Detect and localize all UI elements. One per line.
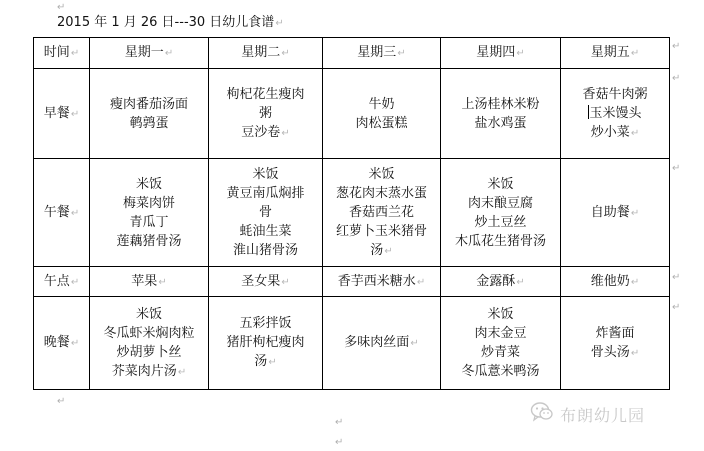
table-row-snack: 午点↵ 苹果↵ 圣女果↵ 香芋西米糖水↵ 金露酥↵ 维他奶↵ [34, 267, 670, 297]
cell-breakfast-fri: 香菇牛肉粥 玉米馒头 炒小菜↵ [561, 69, 670, 159]
row-label-dinner: 晚餐↵ [34, 297, 90, 390]
document-title-text: 2015 年 1 月 26 日---30 日幼儿食谱 [57, 15, 274, 30]
cell-breakfast-tue: 枸杞花生瘦肉 粥 豆沙卷↵ [209, 69, 323, 159]
cell-snack-thu: 金露酥↵ [441, 267, 561, 297]
header-wednesday: 星期三↵ [323, 38, 441, 69]
row-end-mark: ↵ [672, 73, 680, 84]
cell-lunch-fri: 自助餐↵ [561, 159, 670, 267]
header-thursday: 星期四↵ [441, 38, 561, 69]
table-row-lunch: 午餐↵ 米饭 梅菜肉饼 青瓜丁 莲藕猪骨汤 米饭 黄豆南瓜焖排 骨 蚝油生菜 淮… [34, 159, 670, 267]
cell-dinner-fri: 炸酱面 骨头汤↵ [561, 297, 670, 390]
wechat-icon [530, 401, 560, 427]
header-row: 时间↵ 星期一↵ 星期二↵ 星期三↵ 星期四↵ 星期五↵ [34, 38, 670, 69]
row-end-mark: ↵ [672, 302, 680, 313]
paragraph-mark: ↵ [275, 18, 283, 29]
watermark-text: 布朗幼儿园 [560, 403, 645, 426]
row-end-mark: ↵ [672, 272, 680, 283]
document-title: 2015 年 1 月 26 日---30 日幼儿食谱↵ [57, 14, 284, 33]
paragraph-mark: ↵ [57, 396, 65, 407]
paragraph-mark: ↵ [335, 417, 343, 428]
row-label-snack: 午点↵ [34, 267, 90, 297]
cell-lunch-tue: 米饭 黄豆南瓜焖排 骨 蚝油生菜 淮山猪骨汤 [209, 159, 323, 267]
cell-lunch-thu: 米饭 肉末酿豆腐 炒土豆丝 木瓜花生猪骨汤 [441, 159, 561, 267]
header-time: 时间↵ [34, 38, 90, 69]
cell-lunch-wed: 米饭 葱花肉末蒸水蛋 香菇西兰花 红萝卜玉米猪骨 汤↵ [323, 159, 441, 267]
row-label-breakfast: 早餐↵ [34, 69, 90, 159]
cell-lunch-mon: 米饭 梅菜肉饼 青瓜丁 莲藕猪骨汤 [90, 159, 209, 267]
table-row-breakfast: 早餐↵ 瘦肉番茄汤面 鹌鹑蛋 枸杞花生瘦肉 粥 豆沙卷↵ 牛奶 肉松蛋糕 上汤桂… [34, 69, 670, 159]
cell-snack-wed: 香芋西米糖水↵ [323, 267, 441, 297]
row-end-mark: ↵ [672, 163, 680, 174]
cell-snack-fri: 维他奶↵ [561, 267, 670, 297]
cell-snack-mon: 苹果↵ [90, 267, 209, 297]
header-monday: 星期一↵ [90, 38, 209, 69]
cell-dinner-wed: 多味肉丝面↵ [323, 297, 441, 390]
cell-breakfast-mon: 瘦肉番茄汤面 鹌鹑蛋 [90, 69, 209, 159]
cell-breakfast-thu: 上汤桂林米粉 盐水鸡蛋 [441, 69, 561, 159]
cell-dinner-thu: 米饭 肉末金豆 炒青菜 冬瓜薏米鸭汤 [441, 297, 561, 390]
header-tuesday: 星期二↵ [209, 38, 323, 69]
cell-breakfast-wed: 牛奶 肉松蛋糕 [323, 69, 441, 159]
watermark: 布朗幼儿园 [530, 401, 645, 427]
paragraph-mark: ↵ [335, 437, 343, 448]
paragraph-mark: ↵ [57, 2, 65, 13]
menu-table: 时间↵ 星期一↵ 星期二↵ 星期三↵ 星期四↵ 星期五↵ 早餐↵ 瘦肉番茄汤面 … [33, 37, 670, 390]
cell-snack-tue: 圣女果↵ [209, 267, 323, 297]
header-friday: 星期五↵ [561, 38, 670, 69]
table-row-dinner: 晚餐↵ 米饭 冬瓜虾米焖肉粒 炒胡萝卜丝 芥菜肉片汤↵ 五彩拌饭 猪肝枸杞瘦肉 … [34, 297, 670, 390]
row-label-lunch: 午餐↵ [34, 159, 90, 267]
cell-dinner-mon: 米饭 冬瓜虾米焖肉粒 炒胡萝卜丝 芥菜肉片汤↵ [90, 297, 209, 390]
row-end-mark: ↵ [672, 41, 680, 52]
cell-dinner-tue: 五彩拌饭 猪肝枸杞瘦肉 汤↵ [209, 297, 323, 390]
